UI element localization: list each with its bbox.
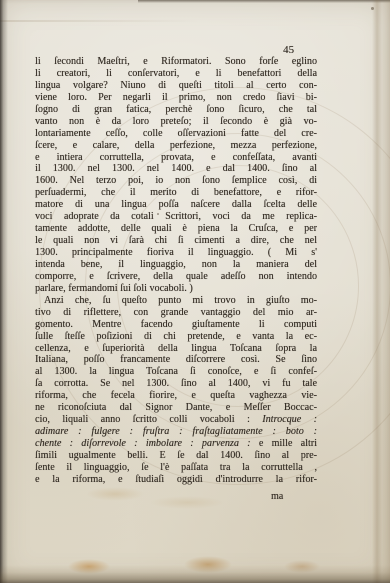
- text-segment: matore di una lingua poſſa naſcere dalla…: [35, 199, 317, 210]
- stain: [86, 487, 144, 501]
- text-line: ſente il linguaggio, ſe l'è paſſata tra …: [35, 462, 317, 474]
- text-line: ſa corrotta. Se nel 1300. ſino al 1400, …: [35, 378, 317, 390]
- text-segment: e intiera corruttella, provata, e confeſ…: [35, 152, 317, 163]
- text-segment: il 1300. nel 1300. nel 1400. e dal 1400.…: [35, 163, 317, 174]
- text-line: intenda bene, il linguaggio, non la mani…: [35, 259, 317, 271]
- text-line: e la riforma, e ſtudiaſi oggidì d'introd…: [35, 474, 317, 486]
- text-line: adimare : fulgere : fruſtra : fraſtaglia…: [35, 426, 317, 438]
- paper-crease: [0, 20, 200, 22]
- text-line: 1300. principalmente fioriva il linguagg…: [35, 247, 317, 259]
- italic-cited-words: adimare : fulgere : fruſtra : fraſtaglia…: [35, 426, 317, 437]
- text-segment: cio, liquali anno ſcritto colli vocaboli…: [35, 414, 262, 425]
- text-segment: ſente il linguaggio, ſe l'è paſſata tra …: [35, 462, 317, 473]
- text-segment: perſuadermi, che il merito di benefattor…: [35, 187, 317, 198]
- text-line: al 1300. la lingua Toſcana ſi conoſce, e…: [35, 366, 317, 378]
- text-line: Anzi che, ſu queſto punto mi trovo in gi…: [35, 295, 317, 307]
- speck: [157, 213, 159, 215]
- text-segment: tivo di riflettere, con grande vantaggio…: [35, 307, 317, 318]
- text-line: ſogno di gran fatica, perchè ſono ſicuro…: [35, 104, 317, 116]
- text-segment: 1300. principalmente fioriva il linguagg…: [35, 247, 317, 258]
- text-line: matore di una lingua poſſa naſcere dalla…: [35, 199, 317, 211]
- text-segment: li ſecondi Maeſtri, e Riformatori. Sono …: [35, 56, 317, 67]
- text-line: il 1300. nel 1300. nel 1400. e dal 1400.…: [35, 163, 317, 175]
- text-segment: ſa corrotta. Se nel 1300. ſino al 1400, …: [35, 378, 317, 389]
- text-segment: lontariamente ceſſo, colle oſſervazioni …: [35, 128, 317, 139]
- text-line: tivo di riflettere, con grande vantaggio…: [35, 307, 317, 319]
- text-segment: gomento. Mentre facendo giuſtamente li c…: [35, 319, 317, 330]
- text-line: e intiera corruttella, provata, e confeſ…: [35, 152, 317, 164]
- text-line: lingua volgare? Niuno di queſti titoli a…: [35, 80, 317, 92]
- text-segment: 1600. Nel terzo poi, io non ſono ſemplic…: [35, 175, 317, 186]
- text-line: vanto non è da loro preteſo; il ſecondo …: [35, 116, 317, 128]
- text-line: cellenza, e ſuperiorità della lingua Toſ…: [35, 343, 317, 355]
- text-line: chente : diſorrevole : imbolare : parven…: [35, 438, 317, 450]
- page-edge-bottom: [0, 565, 390, 583]
- page-edge-top: [138, 0, 390, 3]
- text-line: ſulle ſteſſe poſizioni di chi pretende, …: [35, 331, 317, 343]
- text-segment: ſulle ſteſſe poſizioni di chi pretende, …: [35, 331, 317, 342]
- text-line: riforma, che fecela fiorire, e queſta va…: [35, 390, 317, 402]
- text-line: le quali non vi ſarà chi ſi cimenti a di…: [35, 235, 317, 247]
- text-segment: le quali non vi ſarà chi ſi cimenti a di…: [35, 235, 317, 246]
- text-segment: parlare, fermandomi ſui ſoli vocaboli. ): [35, 283, 193, 294]
- text-segment: al 1300. la lingua Toſcana ſi conoſce, e…: [35, 366, 317, 377]
- text-line: gomento. Mentre facendo giuſtamente li c…: [35, 319, 317, 331]
- text-line: Italiana, poſſo francamente diſcorrere c…: [35, 354, 317, 366]
- page-edge-left: [0, 0, 8, 583]
- page-number: 45: [283, 44, 294, 56]
- text-segment: vanto non è da loro preteſo; il ſecondo …: [35, 116, 317, 127]
- text-line: perſuadermi, che il merito di benefattor…: [35, 187, 317, 199]
- text-segment: ne riconoſciuta dal Signor Dante, e Meſſ…: [35, 402, 317, 413]
- text-segment: ſimili ugualmente belli. E ſe dal 1400. …: [35, 450, 317, 461]
- text-line: tamente addotte, delle quali è piena la …: [35, 223, 317, 235]
- text-line: li ſecondi Maeſtri, e Riformatori. Sono …: [35, 56, 317, 68]
- text-line: parlare, fermandomi ſui ſoli vocaboli. ): [35, 283, 317, 295]
- text-line: ſimili ugualmente belli. E ſe dal 1400. …: [35, 450, 317, 462]
- text-segment: e mille altri: [259, 438, 317, 449]
- italic-cited-words: Introcque :: [262, 414, 317, 425]
- text-segment: intenda bene, il linguaggio, non la mani…: [35, 259, 317, 270]
- text-segment: e la riforma, e ſtudiaſi oggidì d'introd…: [35, 474, 317, 485]
- text-line: cio, liquali anno ſcritto colli vocaboli…: [35, 414, 317, 426]
- text-line: ne riconoſciuta dal Signor Dante, e Meſſ…: [35, 402, 317, 414]
- text-segment: riforma, che fecela fiorire, e queſta va…: [35, 390, 317, 401]
- text-line: viene loro. Per negarli il primo, non cr…: [35, 92, 317, 104]
- text-line: voci adoprate da cotali Scrittori, voci …: [35, 211, 317, 223]
- text-segment: li creatori, li conſervatori, e li benef…: [35, 68, 317, 79]
- text-line: 1600. Nel terzo poi, io non ſono ſemplic…: [35, 175, 317, 187]
- text-segment: Italiana, poſſo francamente diſcorrere c…: [35, 354, 317, 365]
- page-text: li ſecondi Maeſtri, e Riformatori. Sono …: [35, 56, 317, 486]
- italic-cited-words: chente : diſorrevole : imbolare : parven…: [35, 438, 259, 449]
- text-segment: ſogno di gran fatica, perchè ſono ſicuro…: [35, 104, 317, 115]
- text-segment: ſcere, e calare, della perfezione, mezza…: [35, 140, 317, 151]
- text-line: lontariamente ceſſo, colle oſſervazioni …: [35, 128, 317, 140]
- stain: [150, 496, 224, 509]
- page-edge-right: [372, 0, 390, 583]
- text-line: ſcere, e calare, della perfezione, mezza…: [35, 140, 317, 152]
- text-segment: tamente addotte, delle quali è piena la …: [35, 223, 317, 234]
- text-segment: comporre, e ſcrivere, della quale adeſſo…: [35, 271, 317, 282]
- text-line: li creatori, li conſervatori, e li benef…: [35, 68, 317, 80]
- text-line: comporre, e ſcrivere, della quale adeſſo…: [35, 271, 317, 283]
- scanned-book-page: 45 li ſecondi Maeſtri, e Riformatori. So…: [0, 0, 390, 583]
- text-segment: viene loro. Per negarli il primo, non cr…: [35, 92, 317, 103]
- text-segment: cellenza, e ſuperiorità della lingua Toſ…: [35, 343, 317, 354]
- text-segment: lingua volgare? Niuno di queſti titoli a…: [35, 80, 317, 91]
- text-segment: voci adoprate da cotali Scrittori, voci …: [35, 211, 317, 222]
- catchword: ma: [271, 491, 283, 502]
- text-segment: Anzi che, ſu queſto punto mi trovo in gi…: [44, 295, 317, 306]
